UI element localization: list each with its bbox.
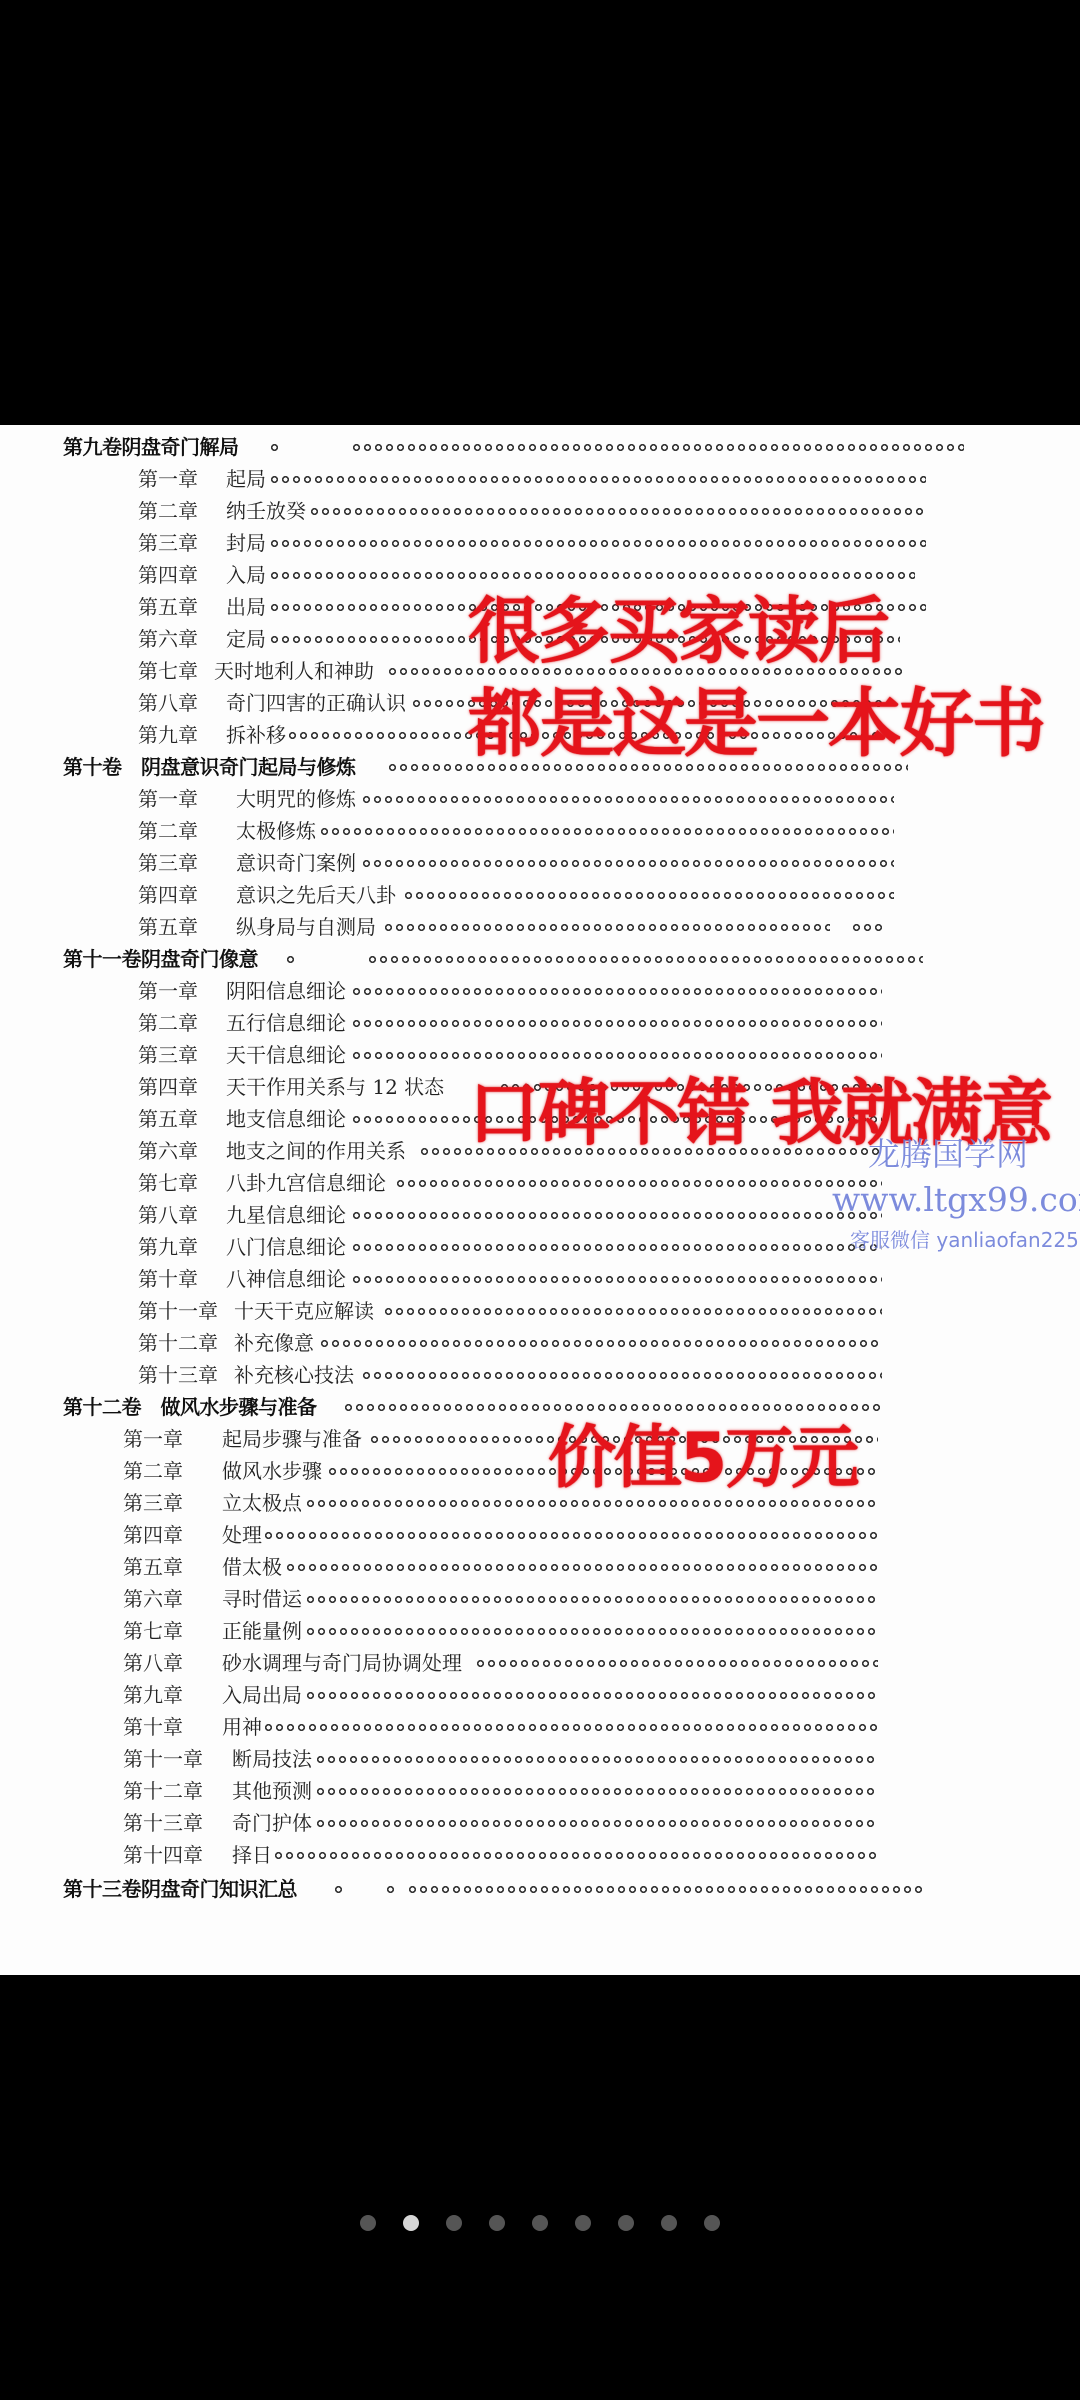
toc-chapter-row: 第一章 大明咒的修炼: [0, 784, 1080, 814]
promo-text-2: 都是这是一本好书: [468, 687, 1044, 761]
page-dot-5[interactable]: [532, 2215, 548, 2231]
page-indicator: [360, 2215, 720, 2231]
toc-chapter-row: 第十一章 断局技法: [0, 1744, 1080, 1774]
toc-chapter-row: 第三章 天干信息细论: [0, 1040, 1080, 1070]
chapter-title: 用神: [222, 1712, 262, 1742]
chapter-title: 定局: [226, 624, 266, 654]
dot-leader: [852, 923, 885, 932]
chapter-title: 择日: [232, 1840, 272, 1870]
chapter-number: 第六章: [138, 1136, 198, 1166]
chapter-number: 第四章: [138, 560, 198, 590]
chapter-number: 第一章: [138, 464, 198, 494]
chapter-title: 砂水调理与奇门局协调处理: [222, 1648, 462, 1678]
chapter-number: 第十一章: [138, 1296, 218, 1326]
dot-leader: [316, 1787, 878, 1796]
chapter-title: 地支信息细论: [226, 1104, 346, 1134]
dot-leader: [352, 1019, 882, 1028]
promo-text-4: 价值5万元: [548, 1425, 857, 1493]
chapter-number: 第二章: [138, 496, 198, 526]
dot-leader: [286, 1563, 878, 1572]
toc-chapter-row: 第十三章 奇门护体: [0, 1808, 1080, 1838]
chapter-number: 第三章: [138, 528, 198, 558]
chapter-number: 第五章: [123, 1552, 183, 1582]
chapter-title: 五行信息细论: [226, 1008, 346, 1038]
toc-chapter-row: 第十章 用神: [0, 1712, 1080, 1742]
toc-chapter-row: 第十三章 补充核心技法: [0, 1360, 1080, 1390]
chapter-title: 大明咒的修炼: [236, 784, 356, 814]
chapter-number: 第十四章: [123, 1840, 203, 1870]
toc-chapter-row: 第十四章 择日: [0, 1840, 1080, 1870]
dot-leader: [368, 955, 923, 964]
chapter-title: 八门信息细论: [226, 1232, 346, 1262]
toc-chapter-row: 第三章 意识奇门案例: [0, 848, 1080, 878]
chapter-number: 第五章: [138, 1104, 198, 1134]
chapter-number: 第二章: [138, 1008, 198, 1038]
dot-leader: [306, 1595, 878, 1604]
chapter-title: 立太极点: [222, 1488, 302, 1518]
chapter-title: 天时地利人和神助: [214, 656, 374, 686]
dot-leader: [352, 987, 882, 996]
dot-leader: [404, 891, 894, 900]
chapter-number: 第六章: [123, 1584, 183, 1614]
chapter-number: 第十三章: [123, 1808, 203, 1838]
toc-chapter-row: 第十章 八神信息细论: [0, 1264, 1080, 1294]
dot-leader: [306, 1499, 878, 1508]
chapter-number: 第九章: [138, 1232, 198, 1262]
toc-chapter-row: 第二章 太极修炼: [0, 816, 1080, 846]
toc-chapter-row: 第六章 寻时借运: [0, 1584, 1080, 1614]
toc-chapter-row: 第四章 意识之先后天八卦: [0, 880, 1080, 910]
chapter-title: 出局: [226, 592, 266, 622]
chapter-title: 地支之间的作用关系: [226, 1136, 406, 1166]
toc-chapter-row: 第四章 入局: [0, 560, 1080, 590]
page-dot-7[interactable]: [618, 2215, 634, 2231]
chapter-number: 第九章: [123, 1680, 183, 1710]
dot-leader: [270, 443, 282, 452]
chapter-title: 正能量例: [222, 1616, 302, 1646]
watermark-contact: 客服微信 yanliaofan225: [850, 1230, 1079, 1250]
chapter-title: 处理: [222, 1520, 262, 1550]
chapter-title: 纵身局与自测局: [236, 912, 376, 942]
chapter-title: 天干信息细论: [226, 1040, 346, 1070]
chapter-number: 第三章: [138, 1040, 198, 1070]
chapter-title: 断局技法: [232, 1744, 312, 1774]
dot-leader: [306, 1691, 878, 1700]
chapter-number: 第五章: [138, 912, 198, 942]
dot-leader: [384, 923, 830, 932]
chapter-title: 意识之先后天八卦: [236, 880, 396, 910]
dot-leader: [320, 1339, 882, 1348]
dot-leader: [334, 1885, 346, 1894]
dot-leader: [362, 1371, 882, 1380]
page-dot-6[interactable]: [575, 2215, 591, 2231]
chapter-title: 九星信息细论: [226, 1200, 346, 1230]
toc-chapter-row: 第二章 做风水步骤: [0, 1456, 1080, 1486]
promo-text-1: 很多买家读后: [468, 595, 888, 667]
dot-leader: [476, 1659, 878, 1668]
chapter-title: 十天干克应解读: [234, 1296, 374, 1326]
chapter-title: 封局: [226, 528, 266, 558]
chapter-number: 第八章: [138, 1200, 198, 1230]
dot-leader: [352, 1051, 882, 1060]
chapter-number: 第四章: [138, 880, 198, 910]
toc-page-image[interactable]: 第九卷阴盘奇门解局 第一章 起局 第二章 纳壬放癸 第三章 封局 第四章 入局 …: [0, 425, 1080, 1975]
chapter-number: 第十章: [123, 1712, 183, 1742]
chapter-number: 第四章: [123, 1520, 183, 1550]
toc-chapter-row: 第一章 起局步骤与准备: [0, 1424, 1080, 1454]
chapter-number: 第一章: [138, 976, 198, 1006]
chapter-title: 起局: [226, 464, 266, 494]
chapter-number: 第六章: [138, 624, 198, 654]
dot-leader: [352, 1243, 882, 1252]
volume-title: 第十二卷 做风水步骤与准备: [63, 1392, 317, 1422]
chapter-number: 第二章: [138, 816, 198, 846]
dot-leader: [270, 539, 926, 548]
dot-leader: [344, 1403, 882, 1412]
chapter-title: 其他预测: [232, 1776, 312, 1806]
chapter-title: 奇门护体: [232, 1808, 312, 1838]
volume-title: 第九卷阴盘奇门解局: [63, 432, 239, 462]
watermark-site-name: 龙腾国学网: [868, 1138, 1028, 1170]
chapter-title: 入局: [226, 560, 266, 590]
chapter-title: 阴阳信息细论: [226, 976, 346, 1006]
chapter-number: 第四章: [138, 1072, 198, 1102]
chapter-number: 第十二章: [123, 1776, 203, 1806]
volume-title: 第十三卷阴盘奇门知识汇总: [63, 1874, 297, 1904]
volume-title: 第十卷 阴盘意识奇门起局与修炼: [63, 752, 356, 782]
chapter-title: 天干作用关系与 12 状态: [226, 1072, 444, 1102]
chapter-number: 第九章: [138, 720, 198, 750]
toc-volume-heading: 第九卷阴盘奇门解局: [0, 432, 1080, 462]
dot-leader: [270, 571, 915, 580]
chapter-number: 第二章: [123, 1456, 183, 1486]
dot-leader: [352, 1211, 882, 1220]
dot-leader: [270, 475, 926, 484]
toc-volume-heading: 第十一卷阴盘奇门像意: [0, 944, 1080, 974]
toc-chapter-row: 第十二章 补充像意: [0, 1328, 1080, 1358]
toc-chapter-row: 第三章 立太极点: [0, 1488, 1080, 1518]
toc-chapter-row: 第十一章 十天干克应解读: [0, 1296, 1080, 1326]
chapter-number: 第十章: [138, 1264, 198, 1294]
chapter-number: 第五章: [138, 592, 198, 622]
dot-leader: [306, 1627, 878, 1636]
chapter-number: 第一章: [123, 1424, 183, 1454]
chapter-title: 做风水步骤: [222, 1456, 322, 1486]
toc-chapter-row: 第八章 砂水调理与奇门局协调处理: [0, 1648, 1080, 1678]
toc-chapter-row: 第二章 五行信息细论: [0, 1008, 1080, 1038]
watermark-url: www.ltgx99.com: [832, 1183, 1080, 1216]
chapter-title: 入局出局: [222, 1680, 302, 1710]
chapter-title: 八神信息细论: [226, 1264, 346, 1294]
chapter-title: 纳壬放癸: [226, 496, 306, 526]
dot-leader: [408, 1885, 922, 1894]
dot-leader: [320, 827, 894, 836]
dot-leader: [264, 1531, 878, 1540]
chapter-number: 第十一章: [123, 1744, 203, 1774]
chapter-title: 补充核心技法: [234, 1360, 354, 1390]
dot-leader: [352, 1275, 882, 1284]
dot-leader: [362, 795, 894, 804]
chapter-title: 拆补移: [226, 720, 286, 750]
dot-leader: [286, 955, 298, 964]
toc-chapter-row: 第三章 封局: [0, 528, 1080, 558]
toc-volume-heading: 第十三卷阴盘奇门知识汇总: [0, 1874, 1080, 1904]
chapter-number: 第七章: [123, 1616, 183, 1646]
toc-chapter-row: 第二章 纳壬放癸: [0, 496, 1080, 526]
chapter-title: 起局步骤与准备: [222, 1424, 362, 1454]
chapter-title: 意识奇门案例: [236, 848, 356, 878]
chapter-number: 第七章: [138, 656, 198, 686]
image-viewer[interactable]: 第九卷阴盘奇门解局 第一章 起局 第二章 纳壬放癸 第三章 封局 第四章 入局 …: [0, 0, 1080, 2400]
toc-volume-heading: 第十二卷 做风水步骤与准备: [0, 1392, 1080, 1422]
chapter-number: 第十三章: [138, 1360, 218, 1390]
chapter-title: 太极修炼: [236, 816, 316, 846]
dot-leader: [362, 859, 894, 868]
volume-title: 第十一卷阴盘奇门像意: [63, 944, 258, 974]
page-dot-9[interactable]: [704, 2215, 720, 2231]
chapter-number: 第十二章: [138, 1328, 218, 1358]
toc-chapter-row: 第四章 处理: [0, 1520, 1080, 1550]
dot-leader: [386, 1885, 398, 1894]
dot-leader: [274, 1851, 878, 1860]
chapter-number: 第三章: [138, 848, 198, 878]
dot-leader: [264, 1723, 878, 1732]
chapter-number: 第八章: [138, 688, 198, 718]
chapter-title: 寻时借运: [222, 1584, 302, 1614]
chapter-title: 奇门四害的正确认识: [226, 688, 406, 718]
chapter-number: 第一章: [138, 784, 198, 814]
page-dot-3[interactable]: [446, 2215, 462, 2231]
page-dot-1[interactable]: [360, 2215, 376, 2231]
chapter-number: 第三章: [123, 1488, 183, 1518]
page-dot-8[interactable]: [661, 2215, 677, 2231]
dot-leader: [316, 1755, 878, 1764]
page-dot-2-active[interactable]: [403, 2215, 419, 2231]
toc-chapter-row: 第一章 起局: [0, 464, 1080, 494]
chapter-title: 补充像意: [234, 1328, 314, 1358]
dot-leader: [384, 1307, 882, 1316]
page-dot-4[interactable]: [489, 2215, 505, 2231]
toc-chapter-row: 第五章 借太极: [0, 1552, 1080, 1582]
toc-chapter-row: 第九章 入局出局: [0, 1680, 1080, 1710]
toc-chapter-row: 第五章 纵身局与自测局: [0, 912, 1080, 942]
dot-leader: [396, 1179, 882, 1188]
toc-chapter-row: 第七章 正能量例: [0, 1616, 1080, 1646]
toc-chapter-row: 第十二章 其他预测: [0, 1776, 1080, 1806]
dot-leader: [352, 443, 964, 452]
chapter-number: 第八章: [123, 1648, 183, 1678]
dot-leader: [316, 1819, 878, 1828]
chapter-title: 借太极: [222, 1552, 282, 1582]
dot-leader: [310, 507, 926, 516]
toc-chapter-row: 第一章 阴阳信息细论: [0, 976, 1080, 1006]
chapter-number: 第七章: [138, 1168, 198, 1198]
chapter-title: 八卦九宫信息细论: [226, 1168, 386, 1198]
